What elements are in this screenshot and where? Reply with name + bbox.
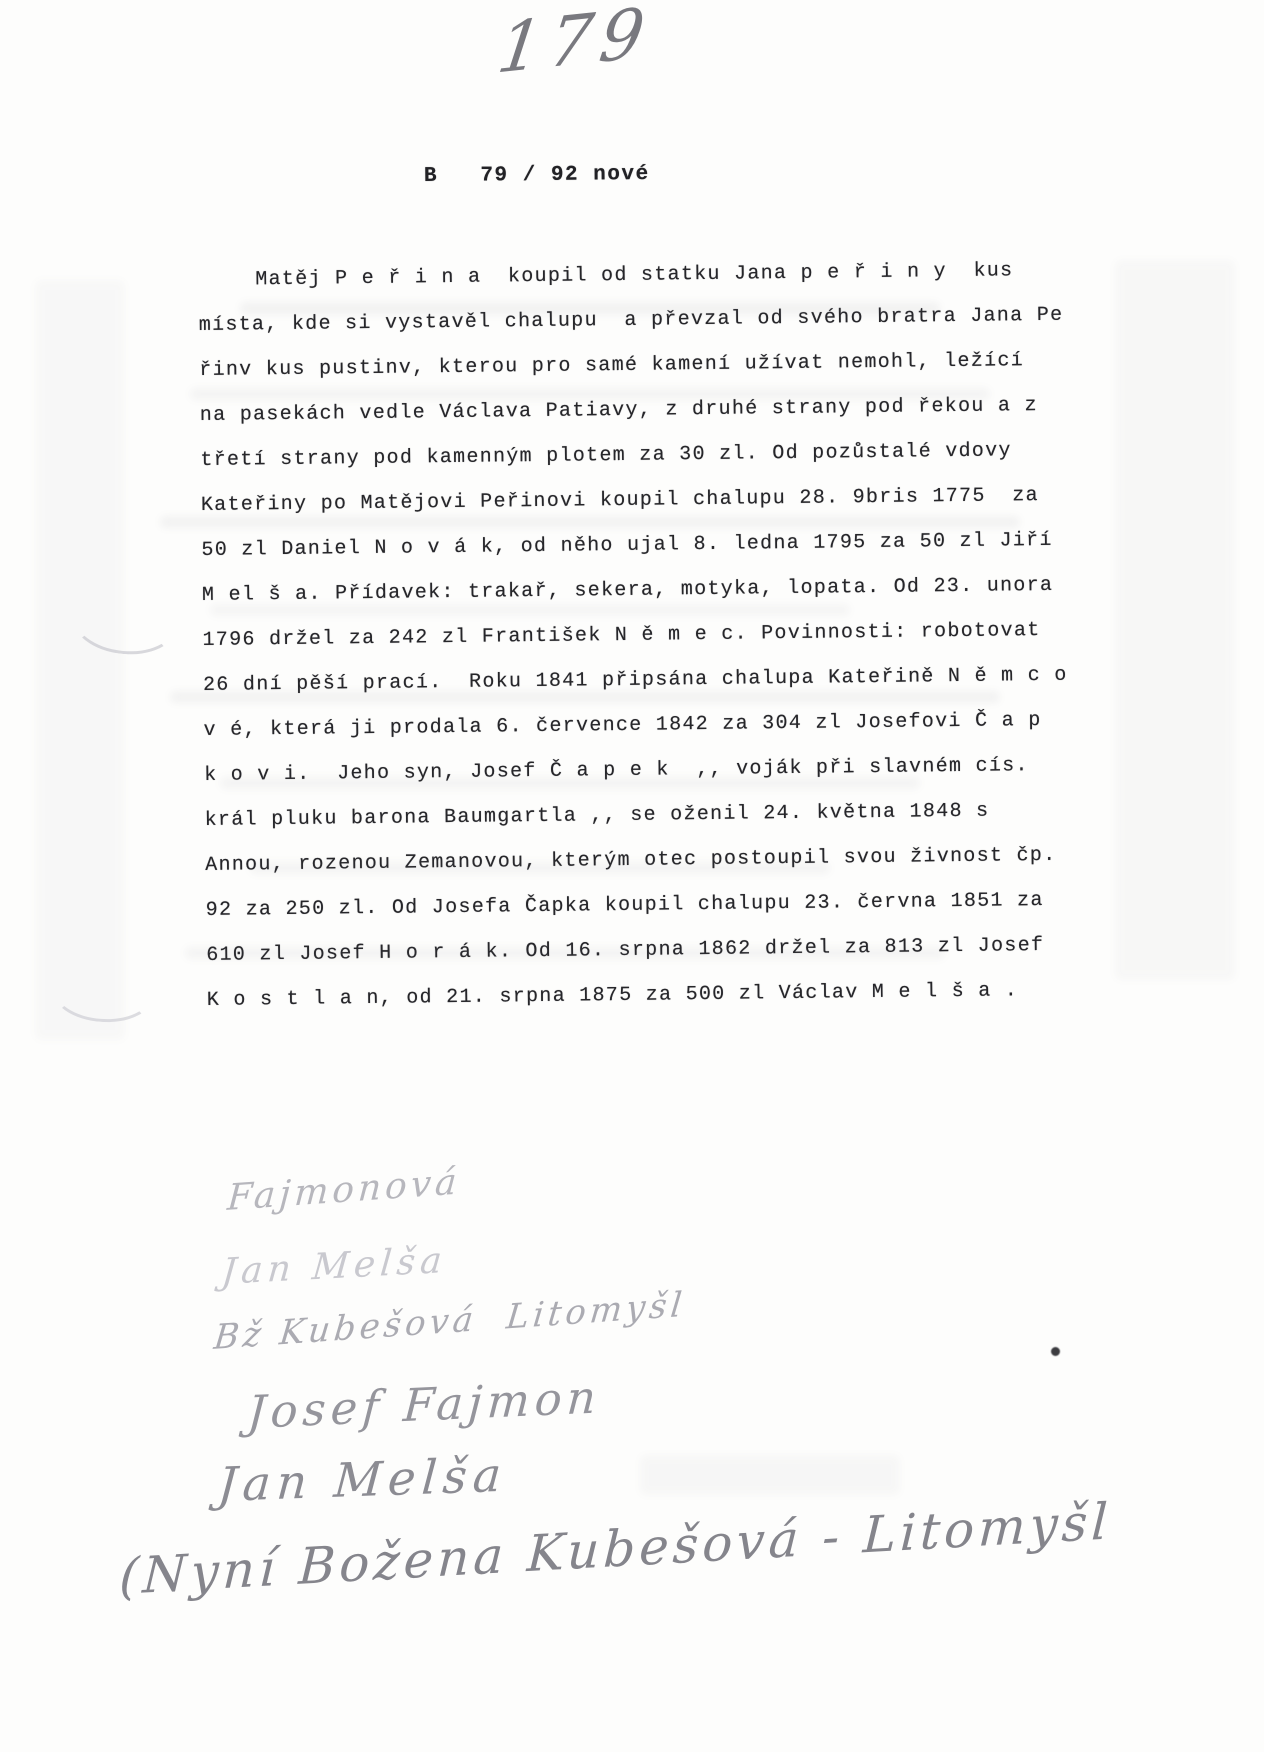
scan-smudge <box>35 280 125 1040</box>
handwritten-signature: Jan Melša <box>220 1240 448 1293</box>
ink-dot <box>1051 1347 1060 1356</box>
scan-smudge <box>1115 260 1235 980</box>
pencil-arc-mark <box>50 959 156 1026</box>
handwritten-page-number: 179 <box>493 0 657 90</box>
document-heading: B 79 / 92 nové <box>424 163 650 188</box>
typed-paragraph: Matěj P e ř i n a koupil od statku Jana … <box>198 247 1117 1023</box>
typed-line: K o s t l a n, od 21. srpna 1875 za 500 … <box>207 967 1117 1023</box>
handwritten-signature: Jan Melša <box>216 1448 509 1513</box>
handwritten-signature: Fajmonová <box>226 1161 462 1219</box>
pencil-arc-mark <box>69 583 181 660</box>
handwritten-signature: Bž Kubešová Litomyšl <box>212 1285 688 1358</box>
scanned-document-page: 179 B 79 / 92 nové Matěj P e ř i n a kou… <box>0 0 1264 1752</box>
handwritten-signature: Josef Fajmon <box>246 1370 602 1439</box>
scan-smudge <box>640 1455 900 1495</box>
